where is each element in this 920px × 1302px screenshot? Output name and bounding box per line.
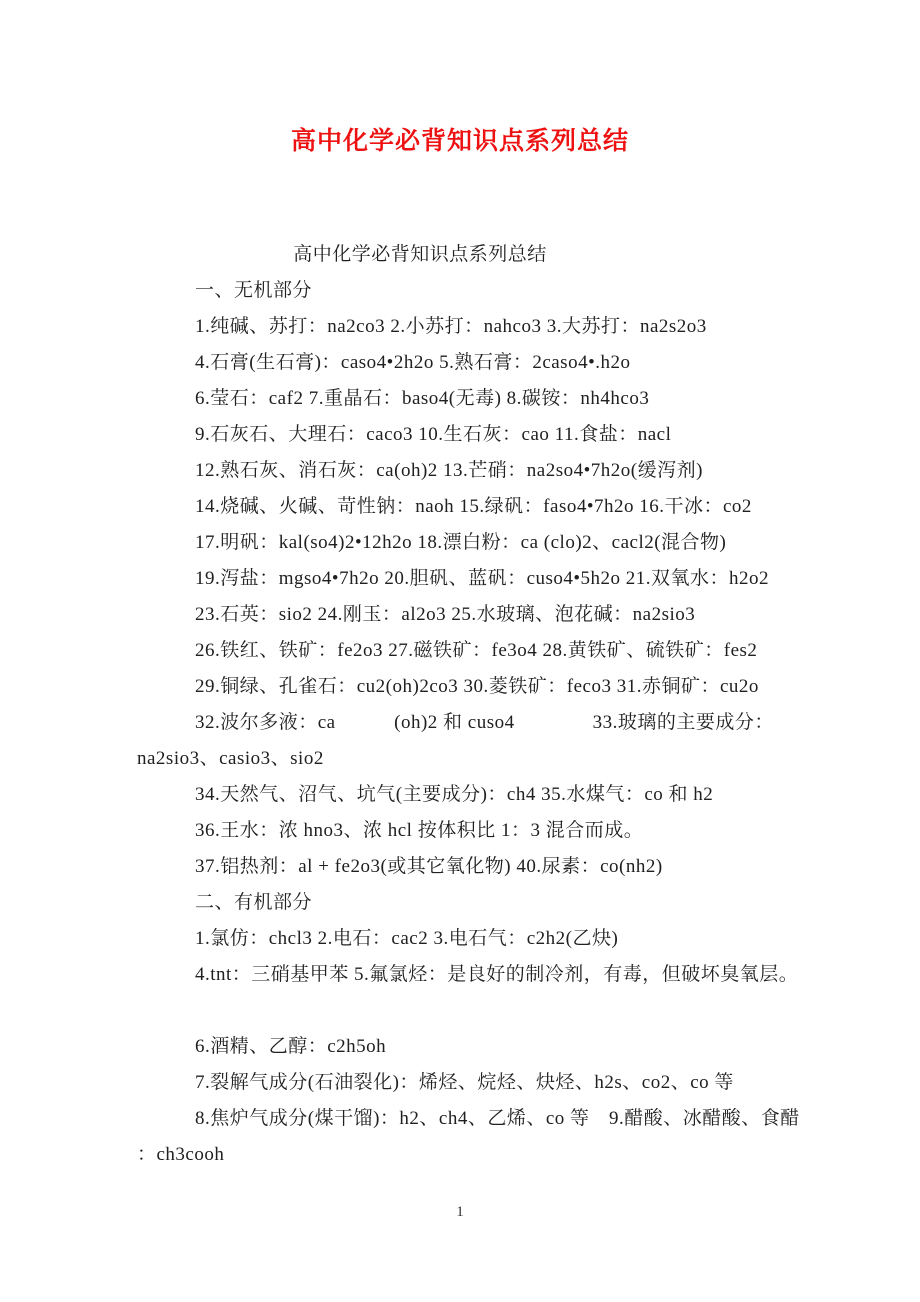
- document-page: 高中化学必背知识点系列总结 高中化学必背知识点系列总结 一、无机部分 1.纯碱、…: [0, 0, 920, 1302]
- body-line-continuation: na2sio3、casio3、sio2: [137, 741, 783, 777]
- body-line: 14.烧碱、火碱、苛性钠：naoh 15.绿矾：faso4•7h2o 16.干冰…: [137, 489, 783, 525]
- body-line: 6.酒精、乙醇：c2h5oh: [137, 1029, 783, 1065]
- body-line: 6.莹石：caf2 7.重晶石：baso4(无毒) 8.碳铵：nh4hco3: [137, 381, 783, 417]
- body-line: 23.石英：sio2 24.刚玉：al2o3 25.水玻璃、泡花碱：na2sio…: [137, 597, 783, 633]
- document-title: 高中化学必背知识点系列总结: [0, 0, 920, 164]
- page-number: 1: [0, 1198, 920, 1226]
- body-line: 9.石灰石、大理石：caco3 10.生石灰：cao 11.食盐：nacl: [137, 417, 783, 453]
- body-line: 1.纯碱、苏打：na2co3 2.小苏打：nahco3 3.大苏打：na2s2o…: [137, 309, 783, 345]
- body-line: 34.天然气、沼气、坑气(主要成分)：ch4 35.水煤气：co 和 h2: [137, 777, 783, 813]
- body-line: 37.铝热剂：al + fe2o3(或其它氧化物) 40.尿素：co(nh2): [137, 849, 783, 885]
- body-line: 26.铁红、铁矿：fe2o3 27.磁铁矿：fe3o4 28.黄铁矿、硫铁矿：f…: [137, 633, 783, 669]
- body-line: 32.波尔多液：ca (oh)2 和 cuso4 33.玻璃的主要成分：: [137, 705, 783, 741]
- body-line: 17.明矾：kal(so4)2•12h2o 18.漂白粉：ca (clo)2、c…: [137, 525, 783, 561]
- body-line: 29.铜绿、孔雀石：cu2(oh)2co3 30.菱铁矿：feco3 31.赤铜…: [137, 669, 783, 705]
- document-body: 高中化学必背知识点系列总结 一、无机部分 1.纯碱、苏打：na2co3 2.小苏…: [0, 237, 920, 1173]
- body-line-continuation: ：ch3cooh: [137, 1137, 783, 1173]
- body-line: 12.熟石灰、消石灰：ca(oh)2 13.芒硝：na2so4•7h2o(缓泻剂…: [137, 453, 783, 489]
- body-line: 4.tnt：三硝基甲苯 5.氟氯烃：是良好的制冷剂，有毒，但破坏臭氧层。: [137, 957, 783, 993]
- body-line: 4.石膏(生石膏)：caso4•2h2o 5.熟石膏：2caso4•.h2o: [137, 345, 783, 381]
- body-line: 1.氯仿：chcl3 2.电石：cac2 3.电石气：c2h2(乙炔): [137, 921, 783, 957]
- blank-line: [137, 993, 783, 1029]
- section-heading-organic: 二、有机部分: [137, 885, 783, 921]
- section-heading-inorganic: 一、无机部分: [137, 273, 783, 309]
- body-line: 7.裂解气成分(石油裂化)：烯烃、烷烃、炔烃、h2s、co2、co 等: [137, 1065, 783, 1101]
- body-line: 8.焦炉气成分(煤干馏)：h2、ch4、乙烯、co 等 9.醋酸、冰醋酸、食醋: [137, 1101, 783, 1137]
- body-line: 36.王水：浓 hno3、浓 hcl 按体积比 1：3 混合而成。: [137, 813, 783, 849]
- body-line: 19.泻盐：mgso4•7h2o 20.胆矾、蓝矾：cuso4•5h2o 21.…: [137, 561, 783, 597]
- document-subtitle: 高中化学必背知识点系列总结: [97, 237, 743, 273]
